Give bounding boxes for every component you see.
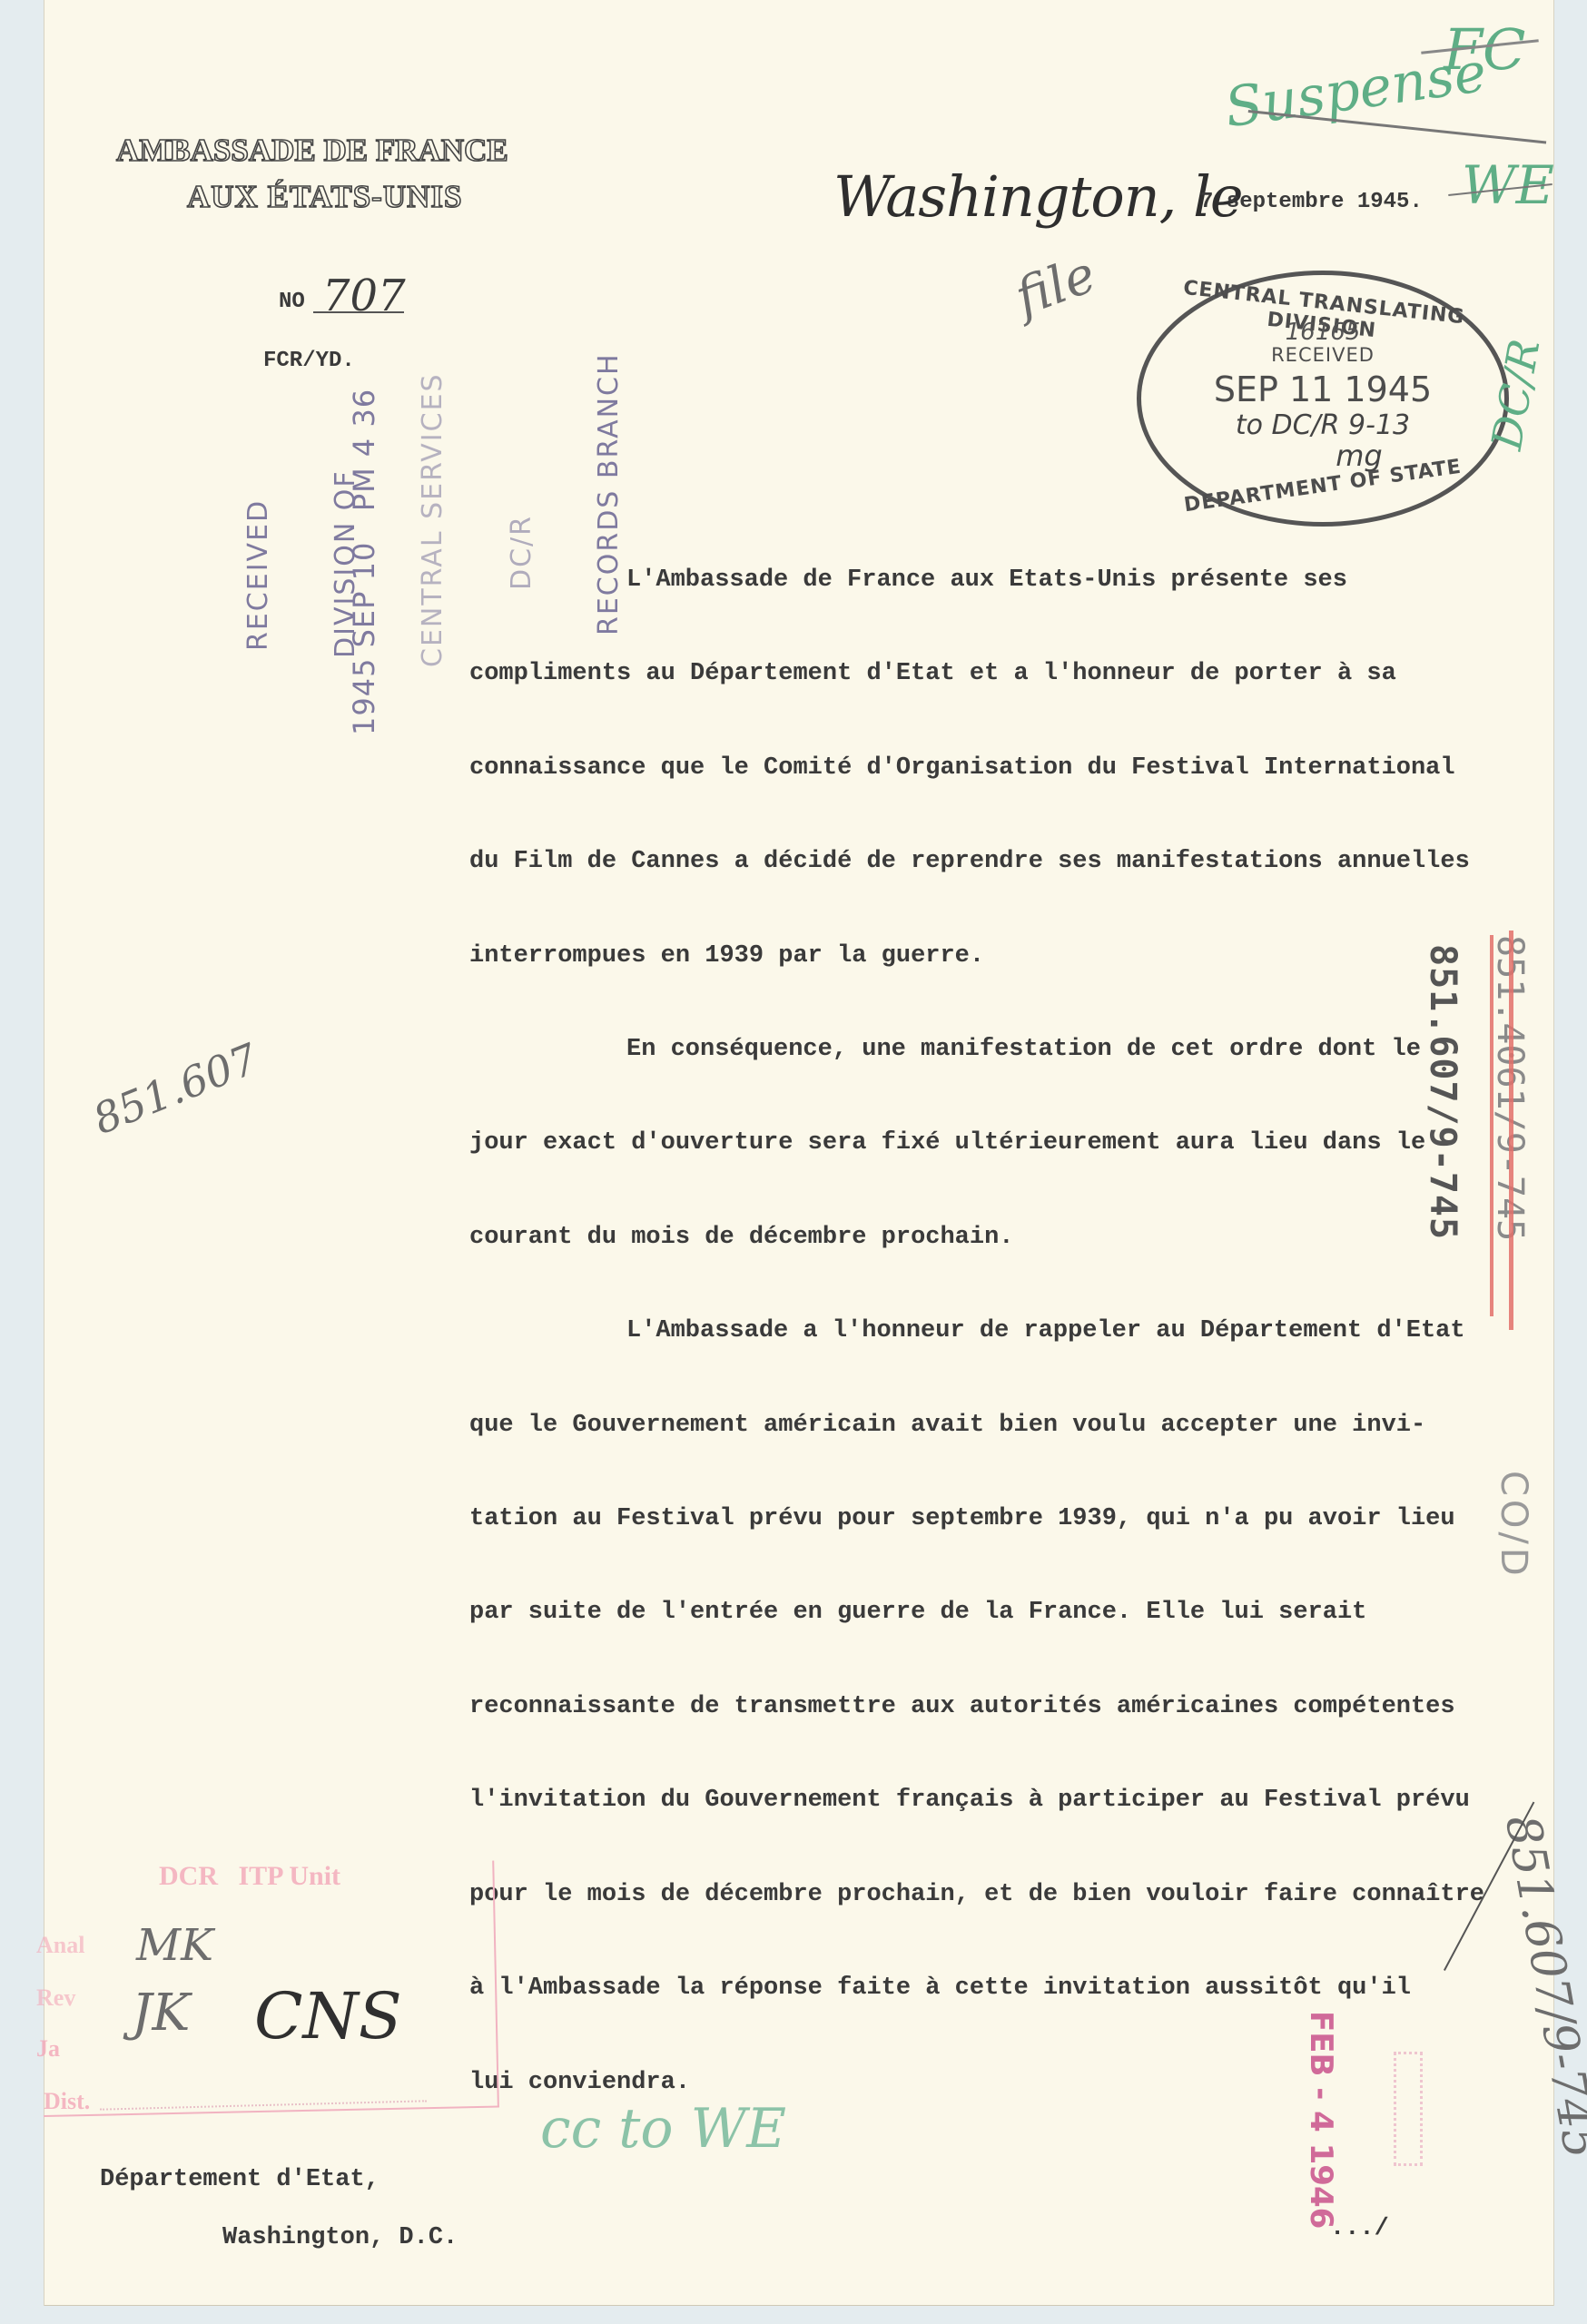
dcr-itp-header: DCR ITP Unit: [159, 1861, 340, 1892]
file-number-strike-line-1: [1490, 935, 1493, 1316]
body-line-16: à l'Ambassade la réponse faite à cette i…: [469, 1974, 1411, 2002]
body-line-4: du Film de Cannes a décidé de reprendre …: [469, 848, 1470, 875]
body-line-6: En conséquence, une manifestation de cet…: [626, 1036, 1421, 1063]
records-branch-line-2: RECORDS BRANCH: [595, 352, 624, 635]
body-line-14: l'invitation du Gouvernement français à …: [469, 1787, 1470, 1814]
records-branch-line-1: DC/R: [508, 352, 537, 635]
dateline-date: 7 septembre 1945.: [1200, 189, 1423, 216]
dcr-itp-label-ja: Ja: [36, 2035, 60, 2063]
stamp-received: RECEIVED: [1141, 344, 1504, 366]
dcr-itp-label-anal: Anal: [36, 1932, 84, 1959]
body-line-1: L'Ambassade de France aux Etats-Unis pré…: [626, 566, 1347, 594]
faint-pink-mark: [1394, 2052, 1423, 2166]
body-line-12: par suite de l'entrée en guerre de la Fr…: [469, 1599, 1366, 1626]
body-line-7: jour exact d'ouverture sera fixé ultérie…: [469, 1129, 1425, 1157]
reference-no-label: NO: [279, 289, 305, 316]
initials-jk: JK: [132, 1984, 190, 2043]
body-line-2: compliments au Département d'Etat et a l…: [469, 660, 1396, 687]
annotation-cc-to-we: cc to WE: [540, 2097, 786, 2161]
time-received-stamp: 1945 SEP 10 PM 4 36: [350, 389, 379, 735]
reference-initials: FCR/YD.: [263, 348, 355, 375]
central-services-stamp: RECEIVED DIVISION OF CENTRAL SERVICES: [186, 372, 477, 667]
signature: CNS: [254, 1979, 402, 2053]
addressee-line-2: Washington, D.C.: [222, 2224, 458, 2251]
body-line-15: pour le mois de décembre prochain, et de…: [469, 1881, 1484, 1908]
central-services-line-1: RECEIVED: [244, 372, 273, 667]
letterhead-line-2: AUX ÉTATS-UNIS: [187, 181, 462, 213]
central-services-line-3: CENTRAL SERVICES: [419, 372, 448, 667]
body-line-3: connaissance que le Comité d'Organisatio…: [469, 754, 1455, 782]
body-line-10: que le Gouvernement américain avait bien…: [469, 1412, 1425, 1439]
addressee-line-1: Département d'Etat,: [100, 2166, 379, 2193]
central-translating-stamp: CENTRAL TRANSLATING DIVISION 16165 RECEI…: [1137, 271, 1509, 527]
feb-date-stamp: FEB - 4 1946: [1303, 2011, 1339, 2229]
body-line-17: lui conviendra.: [469, 2069, 690, 2096]
initials-mk: MK: [136, 1920, 213, 1971]
dcr-itp-label-rev: Rev: [36, 1984, 75, 2012]
body-line-13: reconnaissante de transmettre aux autori…: [469, 1693, 1455, 1720]
body-line-11: tation au Festival prévu pour septembre …: [469, 1505, 1455, 1532]
stamp-date: SEP 11 1945: [1141, 369, 1504, 409]
dateline-place: Washington, le: [833, 169, 1243, 225]
file-number-strike-line-2: [1509, 931, 1513, 1330]
records-branch-stamp: DC/R RECORDS BRANCH: [449, 352, 653, 635]
file-number-stamp: 851.607/9-745: [1422, 944, 1464, 1240]
body-line-9: L'Ambassade a l'honneur de rappeler au D…: [626, 1317, 1465, 1344]
body-line-5: interrompues en 1939 par la guerre.: [469, 942, 984, 970]
body-line-8: courant du mois de décembre prochain.: [469, 1224, 1014, 1251]
continuation-marker: .../: [1330, 2215, 1389, 2242]
co-d-stamp: CO/D: [1493, 1471, 1534, 1580]
reference-no-value: 707: [322, 271, 406, 321]
stamp-number: 16165: [1141, 319, 1504, 346]
letterhead-line-1: AMBASSADE DE FRANCE: [116, 134, 508, 167]
stamp-routing: to DC/R 9-13: [1141, 409, 1504, 441]
dcr-itp-label-dist: Dist.: [44, 2088, 90, 2115]
